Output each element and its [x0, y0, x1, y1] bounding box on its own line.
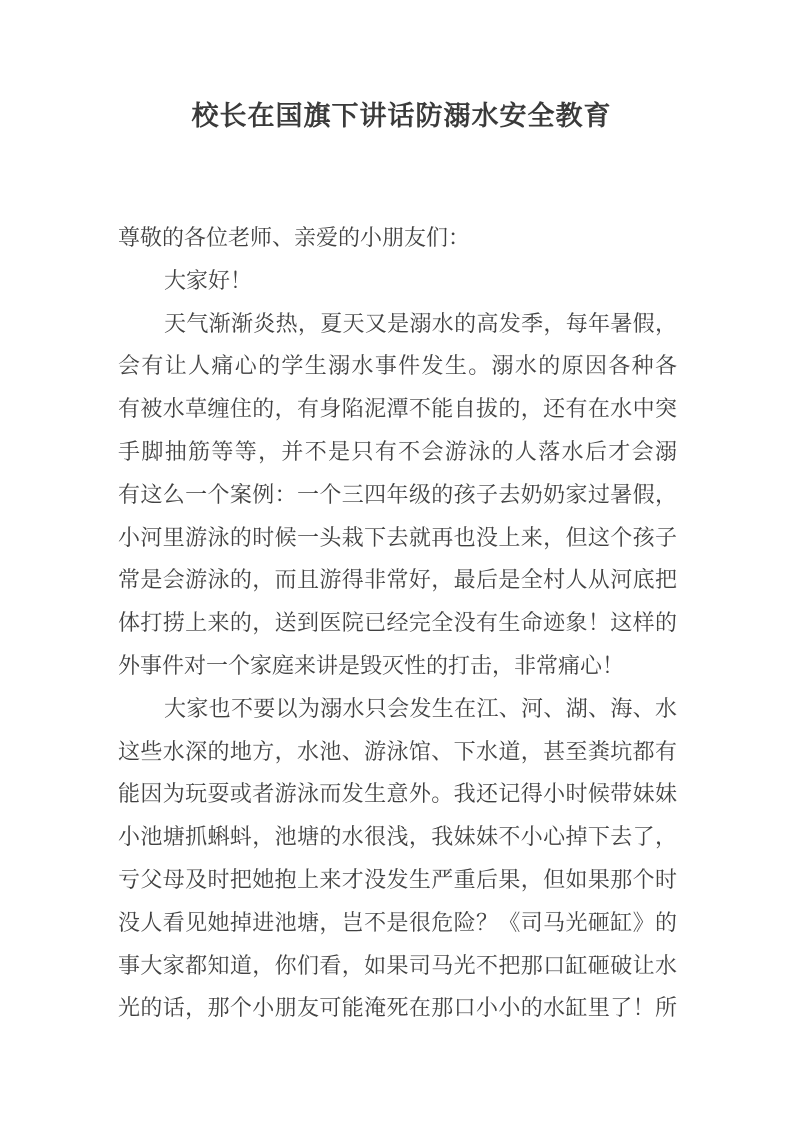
text-line: 这些水深的地方，水池、游泳馆、下水道，甚至粪坑都有可	[118, 731, 677, 774]
text-line: 有被水草缠住的，有身陷泥潭不能自拔的，还有在水中突发	[118, 388, 677, 431]
text-line: 常是会游泳的，而且游得非常好，最后是全村人从河底把尸	[118, 559, 677, 602]
text-line: 光的话，那个小朋友可能淹死在那口小小的水缸里了！所以，	[118, 987, 677, 1030]
text-line: 小池塘抓蝌蚪，池塘的水很浅，我妹妹不小心掉下去了，幸	[118, 816, 677, 859]
greeting-paragraph: 大家好！	[118, 260, 677, 303]
text-line: 体打捞上来的，送到医院已经完全没有生命迹象！这样的意	[118, 602, 677, 645]
text-line: 手脚抽筋等等，并不是只有不会游泳的人落水后才会溺水。	[118, 431, 677, 474]
text-line: 事大家都知道，你们看，如果司马光不把那口缸砸破让水流	[118, 945, 677, 988]
salutation-paragraph: 尊敬的各位老师、亲爱的小朋友们：	[118, 217, 677, 260]
text-line: 能因为玩耍或者游泳而发生意外。我还记得小时候带妹妹去	[118, 773, 677, 816]
document-title: 校长在国旗下讲话防溺水安全教育	[0, 99, 793, 133]
salutation-line: 尊敬的各位老师、亲爱的小朋友们：	[118, 217, 677, 260]
text-line: 有这么一个案例：一个三四年级的孩子去奶奶家过暑假，在	[118, 474, 677, 517]
text-line: 天气渐渐炎热，夏天又是溺水的高发季，每年暑假，都	[118, 303, 677, 346]
text-line: 大家也不要以为溺水只会发生在江、河、湖、海、水库	[118, 688, 677, 731]
document-body: 尊敬的各位老师、亲爱的小朋友们： 大家好！ 天气渐渐炎热，夏天又是溺水的高发季，…	[118, 217, 677, 1030]
greeting-line: 大家好！	[118, 260, 677, 303]
text-line: 会有让人痛心的学生溺水事件发生。溺水的原因各种各样，	[118, 345, 677, 388]
text-line: 小河里游泳的时候一头栽下去就再也没上来，但这个孩子平	[118, 517, 677, 560]
text-line: 外事件对一个家庭来讲是毁灭性的打击，非常痛心！	[118, 645, 677, 688]
text-line: 亏父母及时把她抱上来才没发生严重后果，但如果那个时候	[118, 859, 677, 902]
text-line: 没人看见她掉进池塘，岂不是很危险？《司马光砸缸》的故	[118, 902, 677, 945]
paragraph-drowning-season: 天气渐渐炎热，夏天又是溺水的高发季，每年暑假，都 会有让人痛心的学生溺水事件发生…	[118, 303, 677, 688]
document-page: 校长在国旗下讲话防溺水安全教育 尊敬的各位老师、亲爱的小朋友们： 大家好！ 天气…	[0, 0, 793, 1122]
paragraph-water-places: 大家也不要以为溺水只会发生在江、河、湖、海、水库 这些水深的地方，水池、游泳馆、…	[118, 688, 677, 1030]
